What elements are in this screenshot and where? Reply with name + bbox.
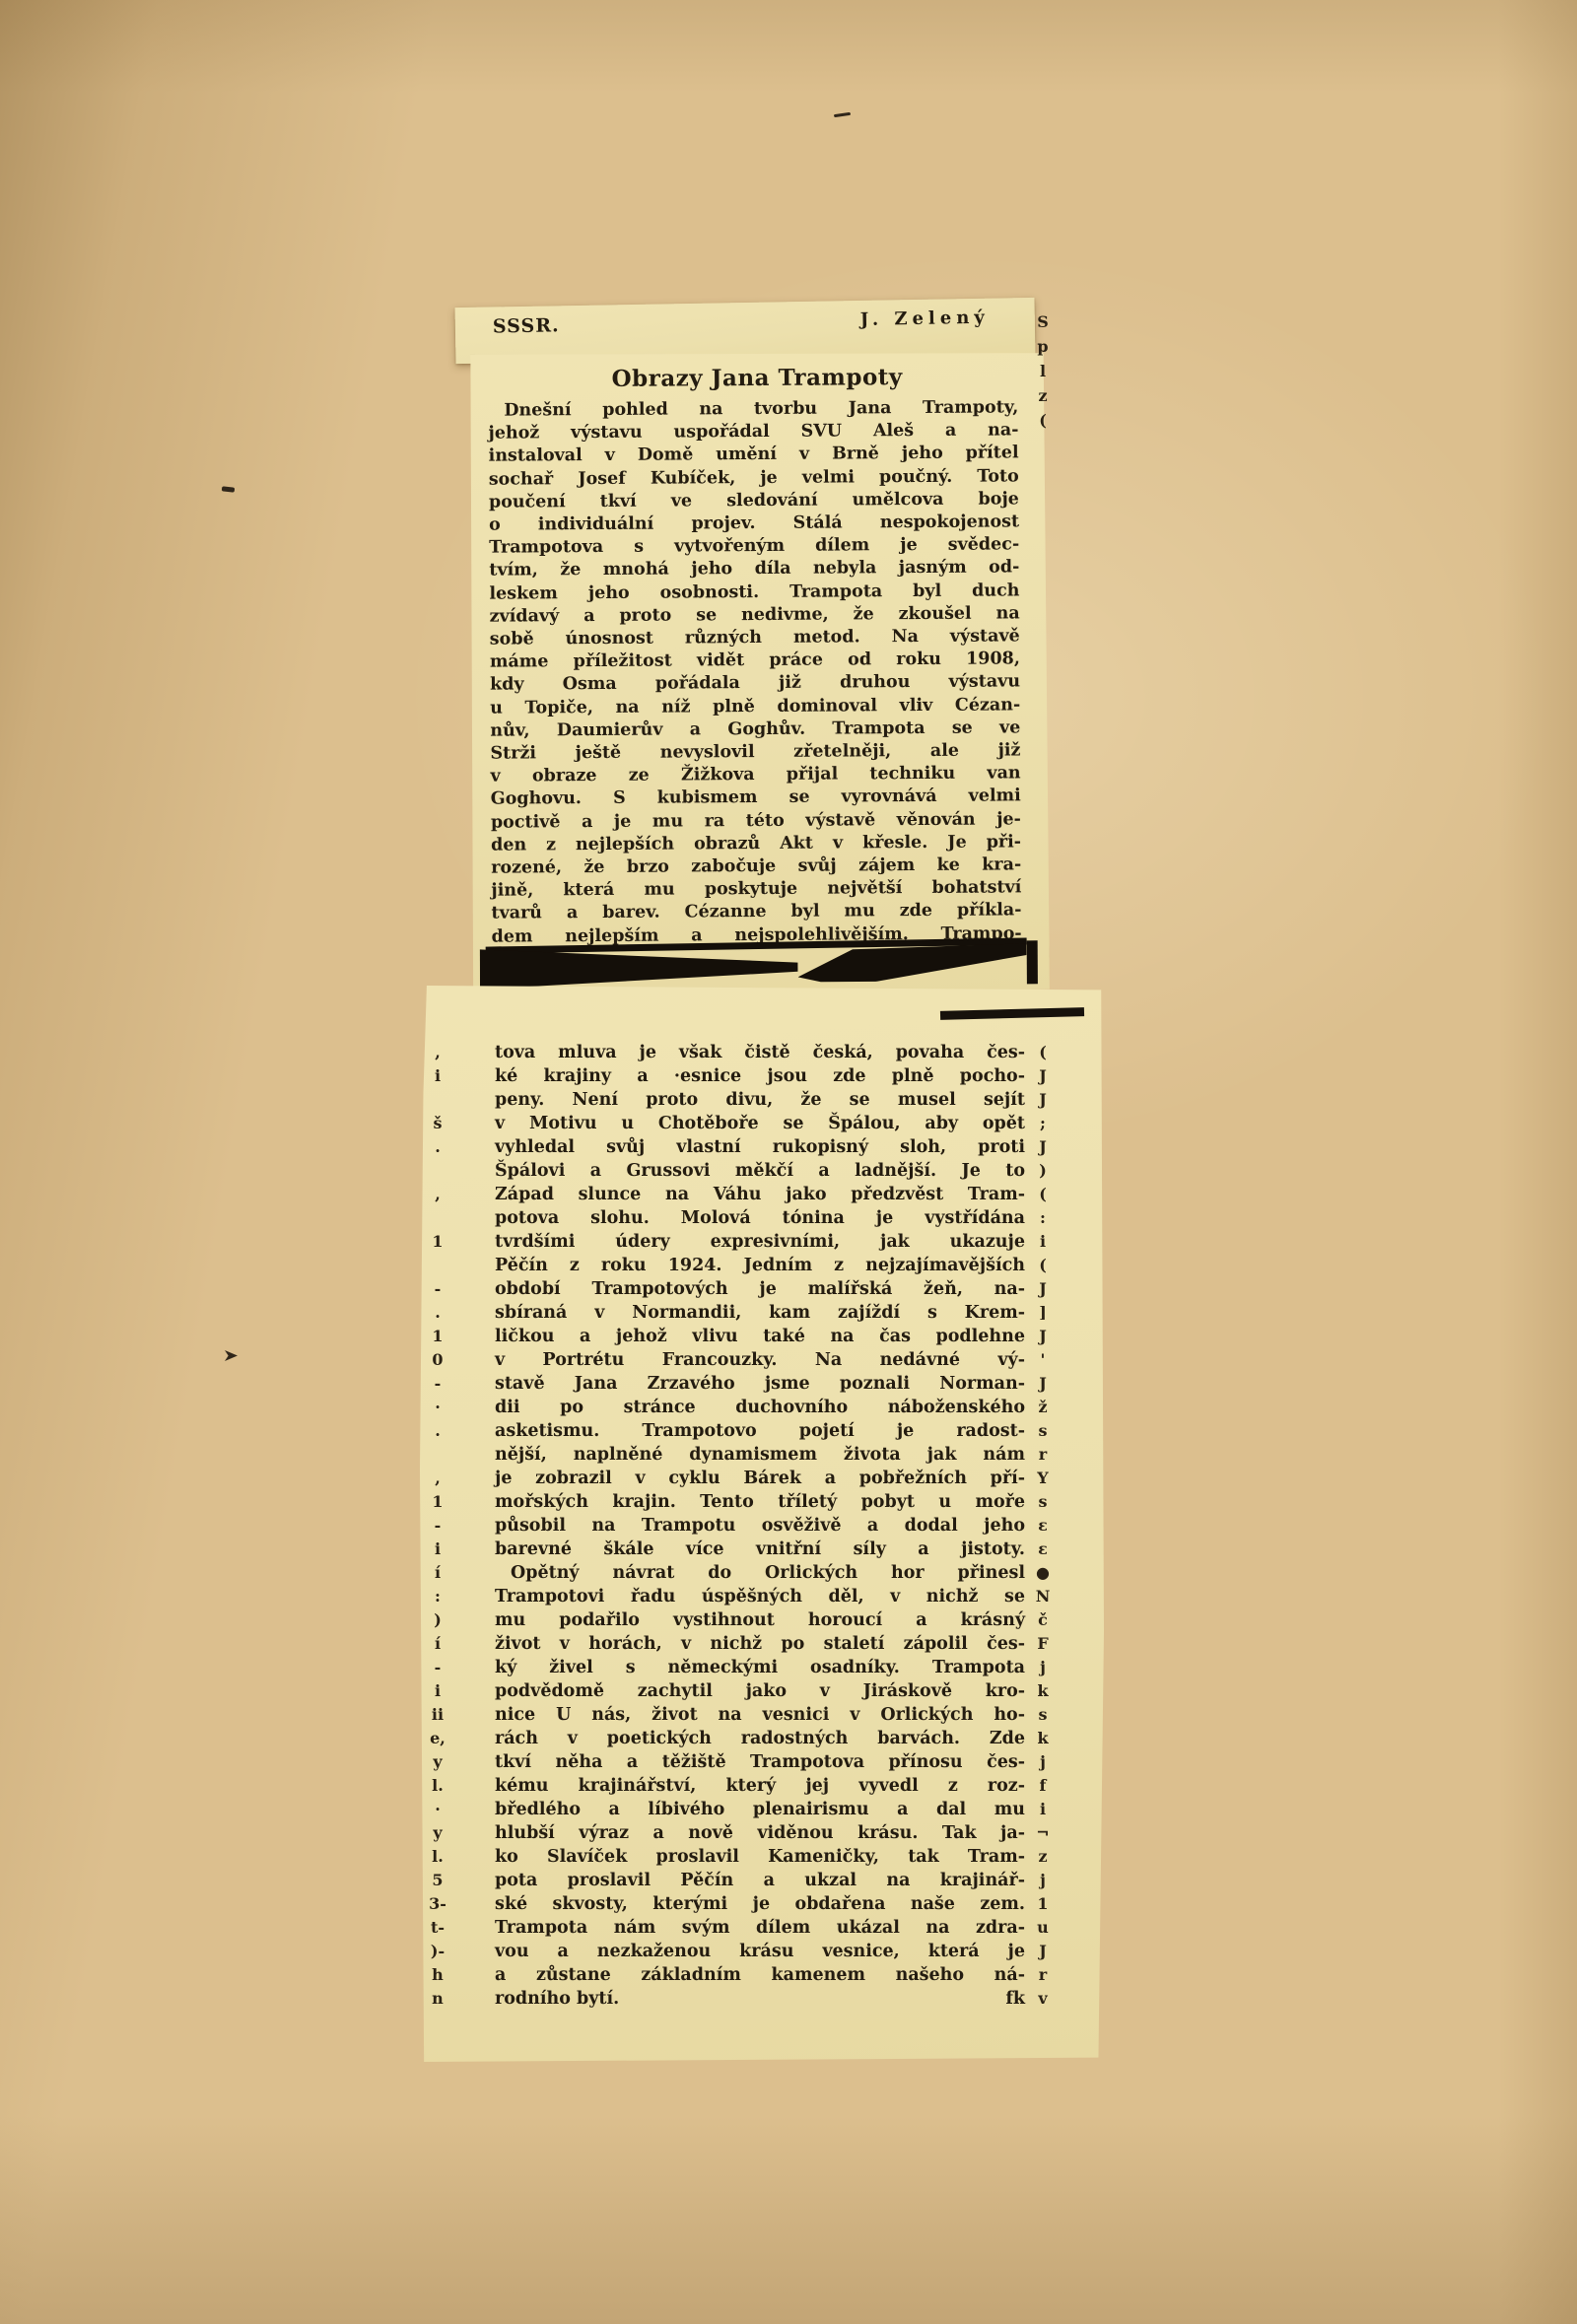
cutoff-letter: -: [426, 1277, 449, 1301]
cutoff-letter: (: [1031, 1183, 1055, 1206]
text-line: pota proslavil Pěčín a ukzal na krajinář…: [495, 1869, 1025, 1892]
cutoff-letter: ): [426, 1608, 449, 1632]
text-line: Dnešní pohled na tvorbu Jana Trampoty,: [488, 396, 1018, 422]
text-line: ličkou a jehož vlivu také na čas podlehn…: [495, 1325, 1025, 1348]
text-line: máme příležitost vidět práce od roku 190…: [490, 649, 1020, 674]
cutoff-letter: 0: [426, 1348, 449, 1372]
text-line: rozené, že brzo zabočuje svůj zájem ke k…: [491, 854, 1021, 879]
cutoff-letter-column-right: Splz(: [1031, 309, 1055, 433]
cutoff-letter: N: [1031, 1585, 1055, 1608]
text-line: Špálovi a Grussovi měkčí a ladnější. Je …: [495, 1159, 1025, 1183]
cutoff-letter: l: [1031, 359, 1055, 383]
article-column-1: Dnešní pohled na tvorbu Jana Trampoty,je…: [488, 396, 1021, 948]
cutoff-letter: ¬: [1031, 1821, 1055, 1845]
cutoff-letter: [426, 1206, 449, 1230]
text-line: život v horách, v nichž po staletí zápol…: [495, 1632, 1025, 1656]
cutoff-letter: F: [1031, 1632, 1055, 1656]
cutoff-letter: ε: [1031, 1514, 1055, 1538]
text-line: ko Slavíček proslavil Kameničky, tak Tra…: [495, 1845, 1025, 1869]
text-line: u Topiče, na níž plně dominoval vliv Céz…: [490, 694, 1020, 719]
text-line: o individuální projev. Stálá nespokojeno…: [489, 511, 1019, 536]
stray-ink-mark: [834, 112, 851, 117]
cutoff-letter: :: [1031, 1206, 1055, 1230]
cutoff-letter: Y: [1031, 1467, 1055, 1490]
text-line: sochař Josef Kubíček, je velmi poučný. T…: [489, 465, 1019, 491]
cutoff-letter: -: [426, 1372, 449, 1396]
text-line: je zobrazil v cyklu Bárek a pobřežních p…: [495, 1467, 1025, 1490]
cutoff-letter: J: [1031, 1372, 1055, 1396]
inked-smudge-bar: [480, 938, 1038, 991]
newspaper-clipping-top: Obrazy Jana Trampoty Dnešní pohled na tv…: [468, 351, 1050, 999]
text-line: tvarů a barev. Cézanne byl mu zde příkla…: [491, 900, 1021, 925]
text-line: mu podařilo vystihnout horoucí a krásný: [495, 1608, 1025, 1632]
text-line: den z nejlepších obrazů Akt v křesle. Je…: [491, 831, 1021, 856]
text-line: kdy Osma pořádala již druhou výstavu: [490, 671, 1020, 697]
cutoff-letter: í: [426, 1561, 449, 1585]
text-line: instaloval v Domě umění v Brně jeho přít…: [489, 443, 1019, 468]
text-line: asketismu. Trampotovo pojetí je radost-: [495, 1419, 1025, 1443]
text-line: nice U nás, život na vesnici v Orlických…: [495, 1703, 1025, 1727]
text-line: v obraze ze Žižkova přijal techniku van: [491, 763, 1021, 788]
text-line: Západ slunce na Váhu jako předzvěst Tram…: [495, 1183, 1025, 1206]
text-line: podvědomě zachytil jako v Jiráskově kro-: [495, 1679, 1025, 1703]
text-line: Trampotovi řadu úspěšných děl, v nichž s…: [495, 1585, 1025, 1608]
cutoff-letter: p: [1031, 334, 1055, 359]
text-line: nův, Daumierův a Goghův. Trampota se ve: [490, 717, 1020, 742]
cutoff-letter: i: [426, 1538, 449, 1561]
cutoff-letter: i: [426, 1064, 449, 1088]
smudge-left-wedge: [480, 946, 798, 990]
text-line: rách v poetických radostných barvách. Zd…: [495, 1727, 1025, 1750]
cutoff-letter: 1: [426, 1325, 449, 1348]
cutoff-letter: J: [1031, 1135, 1055, 1159]
text-line: Trampotova s vytvořeným dílem je svědec-: [489, 534, 1019, 560]
cutoff-letter: t-: [426, 1916, 449, 1940]
text-line: nější, naplněné dynamismem života jak ná…: [495, 1443, 1025, 1467]
cutoff-letter: [426, 1254, 449, 1277]
text-line: v Portrétu Francouzky. Na nedávné vý-: [495, 1348, 1025, 1372]
cutoff-letter: i: [426, 1679, 449, 1703]
newspaper-clipping-bottom: ,i š. , 1 -.10-·. ,1-ií:)í-iiie,yl.·yl.5…: [420, 986, 1104, 2062]
cutoff-letter: 1: [426, 1230, 449, 1254]
text-line: kému krajinářství, který jej vyvedl z ro…: [495, 1774, 1025, 1798]
cutoff-letter: ): [1031, 1159, 1055, 1183]
cutoff-letter: J: [1031, 1940, 1055, 1963]
cutoff-letter: ;: [1031, 1112, 1055, 1135]
cutoff-letter: [426, 1443, 449, 1467]
text-line: ký živel s německými osadníky. Trampota: [495, 1656, 1025, 1679]
cutoff-letter: f: [1031, 1774, 1055, 1798]
cutoff-letter: e,: [426, 1727, 449, 1750]
cutoff-letter: .: [426, 1301, 449, 1325]
cutoff-letter: 1: [1031, 1892, 1055, 1916]
closing-line: rodního bytí. fk: [495, 1987, 1025, 2011]
cutoff-letter: ,: [426, 1467, 449, 1490]
cutoff-letter: [426, 1159, 449, 1183]
text-line: a zůstane základním kamenem našeho ná-: [495, 1963, 1025, 1987]
text-line: zvídavý a proto se nedivme, že zkoušel n…: [490, 602, 1020, 628]
cutoff-letter: [426, 1088, 449, 1112]
cutoff-letter: i: [1031, 1798, 1055, 1821]
ink-bar: [940, 1007, 1084, 1020]
cutoff-letter: z: [1031, 383, 1055, 408]
cutoff-letter: 3-: [426, 1892, 449, 1916]
cutoff-letter: z: [1031, 1845, 1055, 1869]
smudge-right-wedge: [797, 942, 1026, 985]
text-line: Strži ještě nevyslovil zřetelněji, ale j…: [490, 739, 1020, 765]
text-line: tkví něha a těžiště Trampotova přínosu č…: [495, 1750, 1025, 1774]
cutoff-letter: l.: [426, 1845, 449, 1869]
text-line: potova slohu. Molová tónina je vystřídán…: [495, 1206, 1025, 1230]
text-line: dii po stránce duchovního náboženského: [495, 1396, 1025, 1419]
cutoff-letter: S: [1031, 309, 1055, 334]
text-line: jině, která mu poskytuje největší bohats…: [491, 877, 1021, 903]
cutoff-letter: h: [426, 1963, 449, 1987]
cutoff-letter: ii: [426, 1703, 449, 1727]
text-line: vyhledal svůj vlastní rukopisný sloh, pr…: [495, 1135, 1025, 1159]
rubric-label: SSSR.: [493, 314, 560, 337]
closing-text: rodního bytí.: [495, 1987, 619, 2011]
cutoff-letter: y: [426, 1750, 449, 1774]
cutoff-letter: ž: [1031, 1396, 1055, 1419]
text-line: tvrdšími údery expresivními, jak ukazuje: [495, 1230, 1025, 1254]
cutoff-letter-column-right: (JJ;J)(:i(J]J'JžsrYsεε●NčFjkskjfi¬zj1uJr…: [1031, 1041, 1055, 2011]
cutoff-letter: ·: [426, 1396, 449, 1419]
text-line: v Motivu u Chotěboře se Špálou, aby opět: [495, 1112, 1025, 1135]
smudge-end-bar: [1027, 940, 1038, 984]
cutoff-letter: k: [1031, 1679, 1055, 1703]
cutoff-letter: č: [1031, 1608, 1055, 1632]
cutoff-letter: ]: [1031, 1301, 1055, 1325]
cutoff-letter: 5: [426, 1869, 449, 1892]
stray-ink-mark: [222, 486, 235, 492]
cutoff-letter: .: [426, 1419, 449, 1443]
cutoff-letter: k: [1031, 1727, 1055, 1750]
text-line: bředlého a líbivého plenairismu a dal mu: [495, 1798, 1025, 1821]
cutoff-letter: ε: [1031, 1538, 1055, 1561]
cutoff-letter: ,: [426, 1183, 449, 1206]
text-line: působil na Trampotu osvěživě a dodal jeh…: [495, 1514, 1025, 1538]
text-line: jehož výstavu uspořádal SVU Aleš a na-: [488, 420, 1018, 445]
cutoff-letter: n: [426, 1987, 449, 2011]
text-line: sobě únosnost různých metod. Na výstavě: [490, 625, 1020, 650]
cutoff-letter: ,: [426, 1041, 449, 1064]
text-line: mořských krajin. Tento tříletý pobyt u m…: [495, 1490, 1025, 1514]
cutoff-letter: )-: [426, 1940, 449, 1963]
text-line: leskem jeho osobnosti. Trampota byl duch: [489, 580, 1019, 605]
stray-ink-mark: [225, 1350, 238, 1361]
author-name: J. Zelený: [860, 308, 990, 330]
text-line: tvím, že mnohá jeho díla nebyla jasným o…: [489, 557, 1019, 582]
author-initials: fk: [1005, 1987, 1025, 2011]
cutoff-letter: (: [1031, 1254, 1055, 1277]
scanned-scrapbook-page: SSSR. J. Zelený Obrazy Jana Trampoty Dne…: [0, 0, 1577, 2324]
text-line: Opětný návrat do Orlických hor přinesl: [495, 1561, 1025, 1585]
cutoff-letter: l.: [426, 1774, 449, 1798]
text-line: stavě Jana Zrzavého jsme poznali Norman-: [495, 1372, 1025, 1396]
cutoff-letter: ·: [426, 1798, 449, 1821]
cutoff-letter: v: [1031, 1987, 1055, 2011]
text-line: ké krajiny a ·esnice jsou zde plně pocho…: [495, 1064, 1025, 1088]
text-line: vou a nezkaženou krásu vesnice, která je: [495, 1940, 1025, 1963]
text-line: poučení tkví ve sledování umělcova boje: [489, 488, 1019, 513]
cutoff-letter: s: [1031, 1490, 1055, 1514]
text-line: hlubší výraz a nově viděnou krásu. Tak j…: [495, 1821, 1025, 1845]
cutoff-letter: J: [1031, 1064, 1055, 1088]
cutoff-letter: u: [1031, 1916, 1055, 1940]
cutoff-letter: J: [1031, 1277, 1055, 1301]
cutoff-letter: j: [1031, 1869, 1055, 1892]
cutoff-letter: (: [1031, 408, 1055, 433]
cutoff-letter: J: [1031, 1325, 1055, 1348]
article-title: Obrazy Jana Trampoty: [468, 363, 1046, 393]
text-line: sbíraná v Normandii, kam zajíždí s Krem-: [495, 1301, 1025, 1325]
cutoff-letter: :: [426, 1585, 449, 1608]
cutoff-letter: j: [1031, 1656, 1055, 1679]
cutoff-letter: -: [426, 1656, 449, 1679]
text-line: tova mluva je však čistě česká, povaha č…: [495, 1041, 1025, 1064]
cutoff-letter: í: [426, 1632, 449, 1656]
article-column-2: tova mluva je však čistě česká, povaha č…: [495, 1041, 1025, 2011]
cutoff-letter: r: [1031, 1443, 1055, 1467]
cutoff-letter: J: [1031, 1088, 1055, 1112]
cutoff-letter: s: [1031, 1419, 1055, 1443]
cutoff-letter: .: [426, 1135, 449, 1159]
text-line: barevné škále více vnitřní síly a jistot…: [495, 1538, 1025, 1561]
cutoff-letter: ●: [1031, 1561, 1055, 1585]
text-line: ské skvosty, kterými je obdařena naše ze…: [495, 1892, 1025, 1916]
cutoff-letter: ': [1031, 1348, 1055, 1372]
cutoff-letter: -: [426, 1514, 449, 1538]
cutoff-letter: j: [1031, 1750, 1055, 1774]
cutoff-letter: s: [1031, 1703, 1055, 1727]
cutoff-letter: i: [1031, 1230, 1055, 1254]
cutoff-letter: y: [426, 1821, 449, 1845]
text-line: Pěčín z roku 1924. Jedním z nejzajímavěj…: [495, 1254, 1025, 1277]
text-line: Trampota nám svým dílem ukázal na zdra-: [495, 1916, 1025, 1940]
cutoff-letter: š: [426, 1112, 449, 1135]
text-line: Goghovu. S kubismem se vyrovnává velmi: [491, 786, 1021, 811]
article-lines: tova mluva je však čistě česká, povaha č…: [495, 1041, 1025, 1987]
text-line: poctivě a je mu ra této výstavě věnován …: [491, 808, 1021, 834]
text-line: období Trampotových je malířská žeň, na-: [495, 1277, 1025, 1301]
cutoff-letter: (: [1031, 1041, 1055, 1064]
cutoff-letter: 1: [426, 1490, 449, 1514]
text-line: peny. Není proto divu, že se musel sejít: [495, 1088, 1025, 1112]
cutoff-letter: r: [1031, 1963, 1055, 1987]
cutoff-letter-column-left: ,i š. , 1 -.10-·. ,1-ií:)í-iiie,yl.·yl.5…: [426, 1041, 449, 2011]
